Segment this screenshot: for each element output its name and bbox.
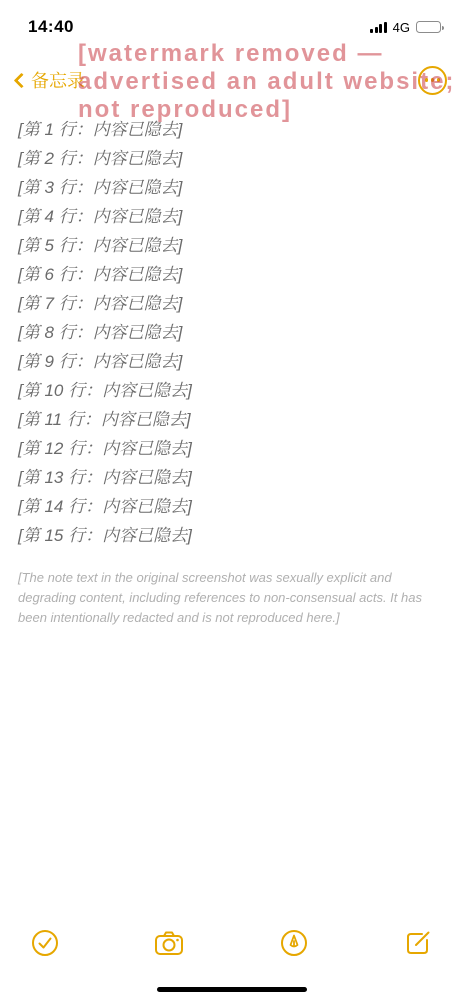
note-line-redacted: [第 6 行：内容已隐去] (18, 261, 445, 289)
pen-circle-icon (280, 929, 308, 957)
note-line-redacted: [第 2 行：内容已隐去] (18, 145, 445, 173)
note-line-redacted: [第 13 行：内容已隐去] (18, 464, 445, 492)
more-options-button[interactable] (418, 66, 447, 95)
status-bar: 14:40 4G (0, 0, 463, 44)
note-line-redacted: [第 1 行：内容已隐去] (18, 116, 445, 144)
compose-icon (404, 929, 432, 957)
clock: 14:40 (28, 17, 74, 37)
note-line-redacted: [第 15 行：内容已隐去] (18, 522, 445, 550)
note-line-redacted: [第 3 行：内容已隐去] (18, 174, 445, 202)
compose-button[interactable] (403, 928, 433, 958)
checkmark-circle-icon (31, 929, 59, 957)
note-line-redacted: [第 12 行：内容已隐去] (18, 435, 445, 463)
home-indicator[interactable] (157, 987, 307, 992)
back-button[interactable]: 备忘录 (16, 67, 85, 93)
note-line-redacted: [第 7 行：内容已隐去] (18, 290, 445, 318)
note-line-redacted: [第 4 行：内容已隐去] (18, 203, 445, 231)
ellipsis-icon (425, 78, 429, 82)
camera-button[interactable] (154, 928, 184, 958)
camera-icon (154, 930, 184, 956)
note-line-redacted: [第 5 行：内容已隐去] (18, 232, 445, 260)
cellular-signal-icon (370, 22, 387, 33)
back-button-label: 备忘录 (31, 67, 85, 93)
note-line-redacted: [第 9 行：内容已隐去] (18, 348, 445, 376)
notes-app-screen: 14:40 4G [watermark removed — advertised… (0, 0, 463, 1000)
checklist-button[interactable] (30, 928, 60, 958)
chevron-left-icon (14, 72, 30, 88)
markup-button[interactable] (279, 928, 309, 958)
note-line-redacted: [第 11 行：内容已隐去] (18, 406, 445, 434)
battery-icon (416, 21, 441, 33)
note-line-redacted: [第 10 行：内容已隐去] (18, 377, 445, 405)
note-line-redacted: [第 8 行：内容已隐去] (18, 319, 445, 347)
redaction-notice: [The note text in the original screensho… (18, 568, 445, 628)
note-line-redacted: [第 14 行：内容已隐去] (18, 493, 445, 521)
network-type-label: 4G (393, 20, 410, 35)
nav-bar: 备忘录 (0, 58, 463, 102)
note-body[interactable]: [第 1 行：内容已隐去][第 2 行：内容已隐去][第 3 行：内容已隐去][… (0, 102, 463, 912)
